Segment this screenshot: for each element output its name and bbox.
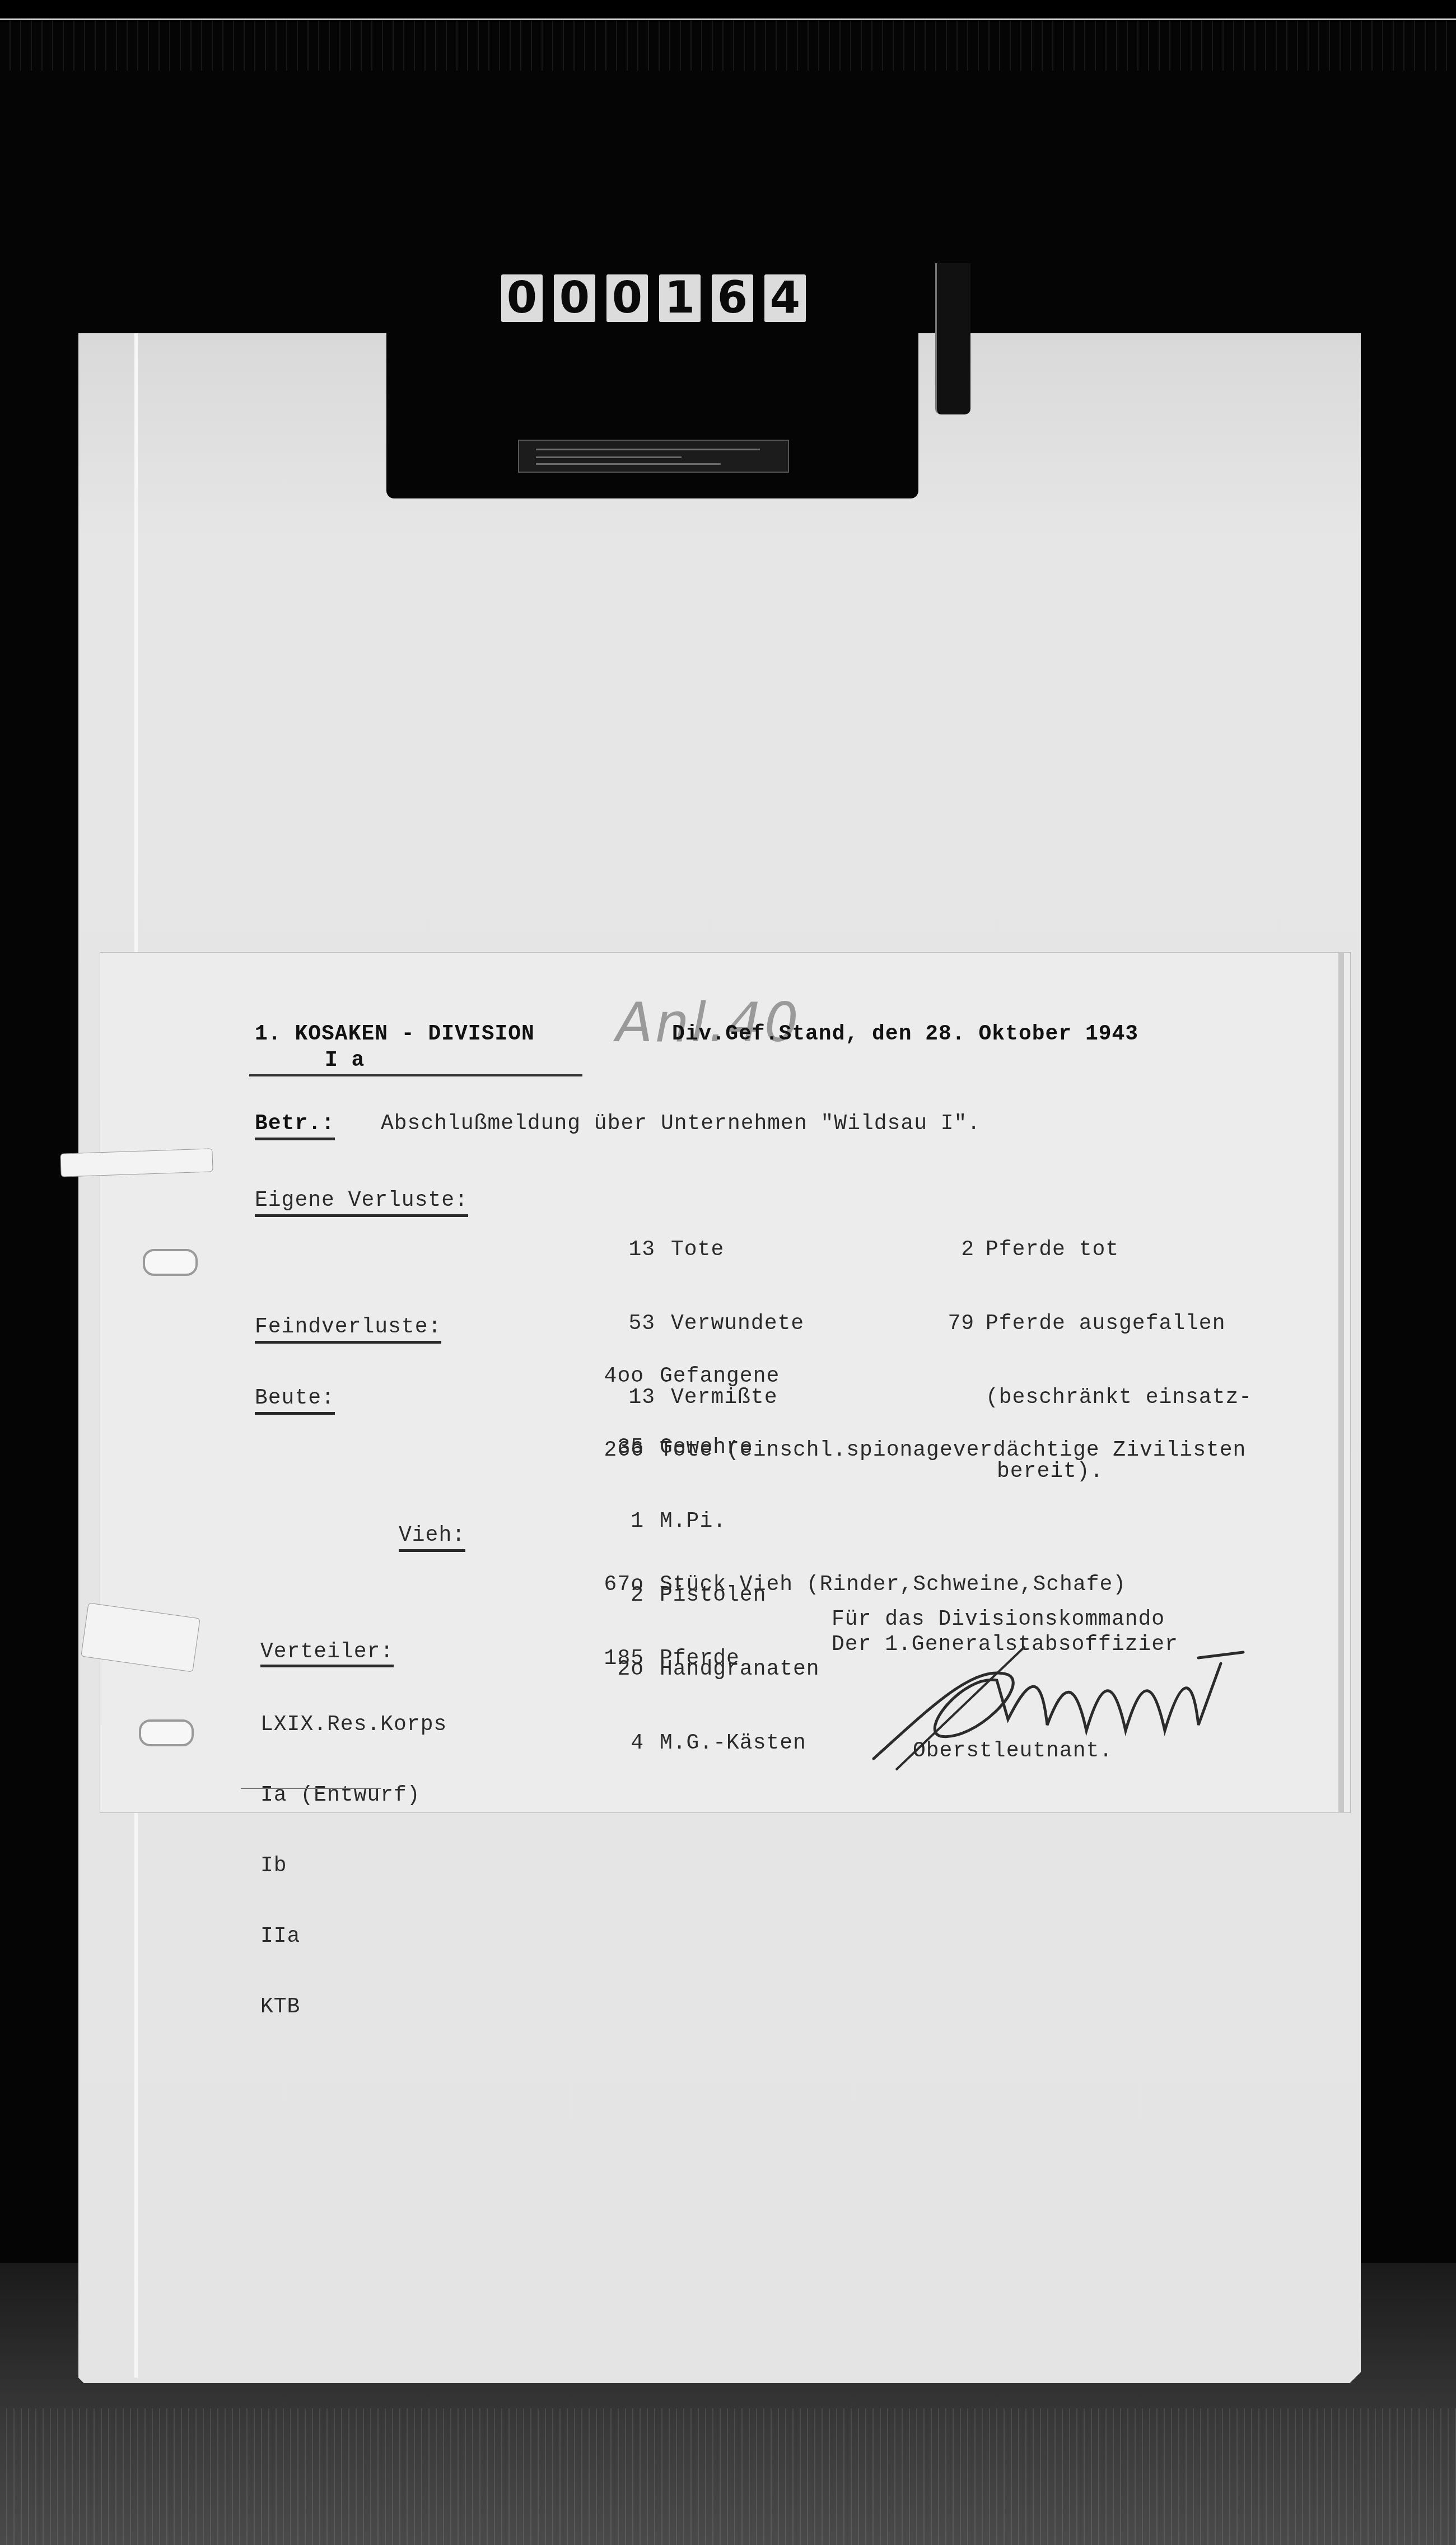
memo-tape-strip (1338, 952, 1344, 1812)
plate-text-line (536, 449, 760, 450)
livestock-label: Vieh: (399, 1523, 465, 1552)
own-losses-label: Eigene Verluste: (255, 1188, 468, 1217)
distribution-label: Verteiler: (260, 1641, 394, 1667)
list-item: LXIX.Res.Korps (260, 1713, 447, 1737)
counter-digit: 1 (659, 274, 701, 322)
list-item: Ib (260, 1854, 447, 1878)
header-underline (249, 1074, 582, 1076)
frame-counter: 0 0 0 1 6 4 (501, 274, 806, 322)
unit-section: I a (325, 1048, 365, 1073)
film-scratches-top (0, 20, 1456, 71)
counter-digit: 6 (712, 274, 753, 322)
punch-hole (139, 1719, 194, 1746)
counter-digit: 0 (606, 274, 648, 322)
list-item: 2Pferde tot (930, 1238, 1252, 1262)
list-item: 35Gewehre (582, 1435, 820, 1460)
counter-clip (935, 263, 970, 414)
subject-label: Betr.: (255, 1112, 335, 1140)
counter-digit: 0 (501, 274, 543, 322)
list-item: KTB (260, 1996, 447, 2019)
list-item: IIa (260, 1925, 447, 1949)
counter-label-plate (518, 440, 789, 473)
counter-digit: 0 (554, 274, 595, 322)
list-item: 4ooGefangene (582, 1364, 1246, 1389)
punch-hole (143, 1249, 198, 1276)
plate-text-line (536, 463, 721, 465)
counter-digit: 4 (764, 274, 806, 322)
distribution-rule (241, 1788, 381, 1789)
distribution-list: LXIX.Res.Korps Ia (Entwurf) Ib IIa KTB (260, 1666, 447, 2043)
subject-text: Abschlußmeldung über Unternehmen "Wildsa… (381, 1112, 981, 1136)
list-item: 4M.G.-Kästen (582, 1731, 820, 1756)
plate-text-line (536, 456, 682, 458)
film-scratches-bottom (0, 2408, 1456, 2545)
signatory-rank: Oberstleutnant. (913, 1739, 1113, 1764)
unit-name: 1. KOSAKEN - DIVISION (255, 1022, 535, 1047)
enemy-losses-label: Feindverluste: (255, 1315, 441, 1344)
list-item: 13Tote (594, 1238, 804, 1262)
place-date: Div.Gef.Stand, den 28. Oktober 1943 (672, 1022, 1138, 1047)
booty-label: Beute: (255, 1386, 335, 1415)
signature-line-1: Für das Divisionskommando (832, 1607, 1165, 1632)
list-item: 67oStück Vieh (Rinder,Schweine,Schafe) (582, 1573, 1126, 1597)
